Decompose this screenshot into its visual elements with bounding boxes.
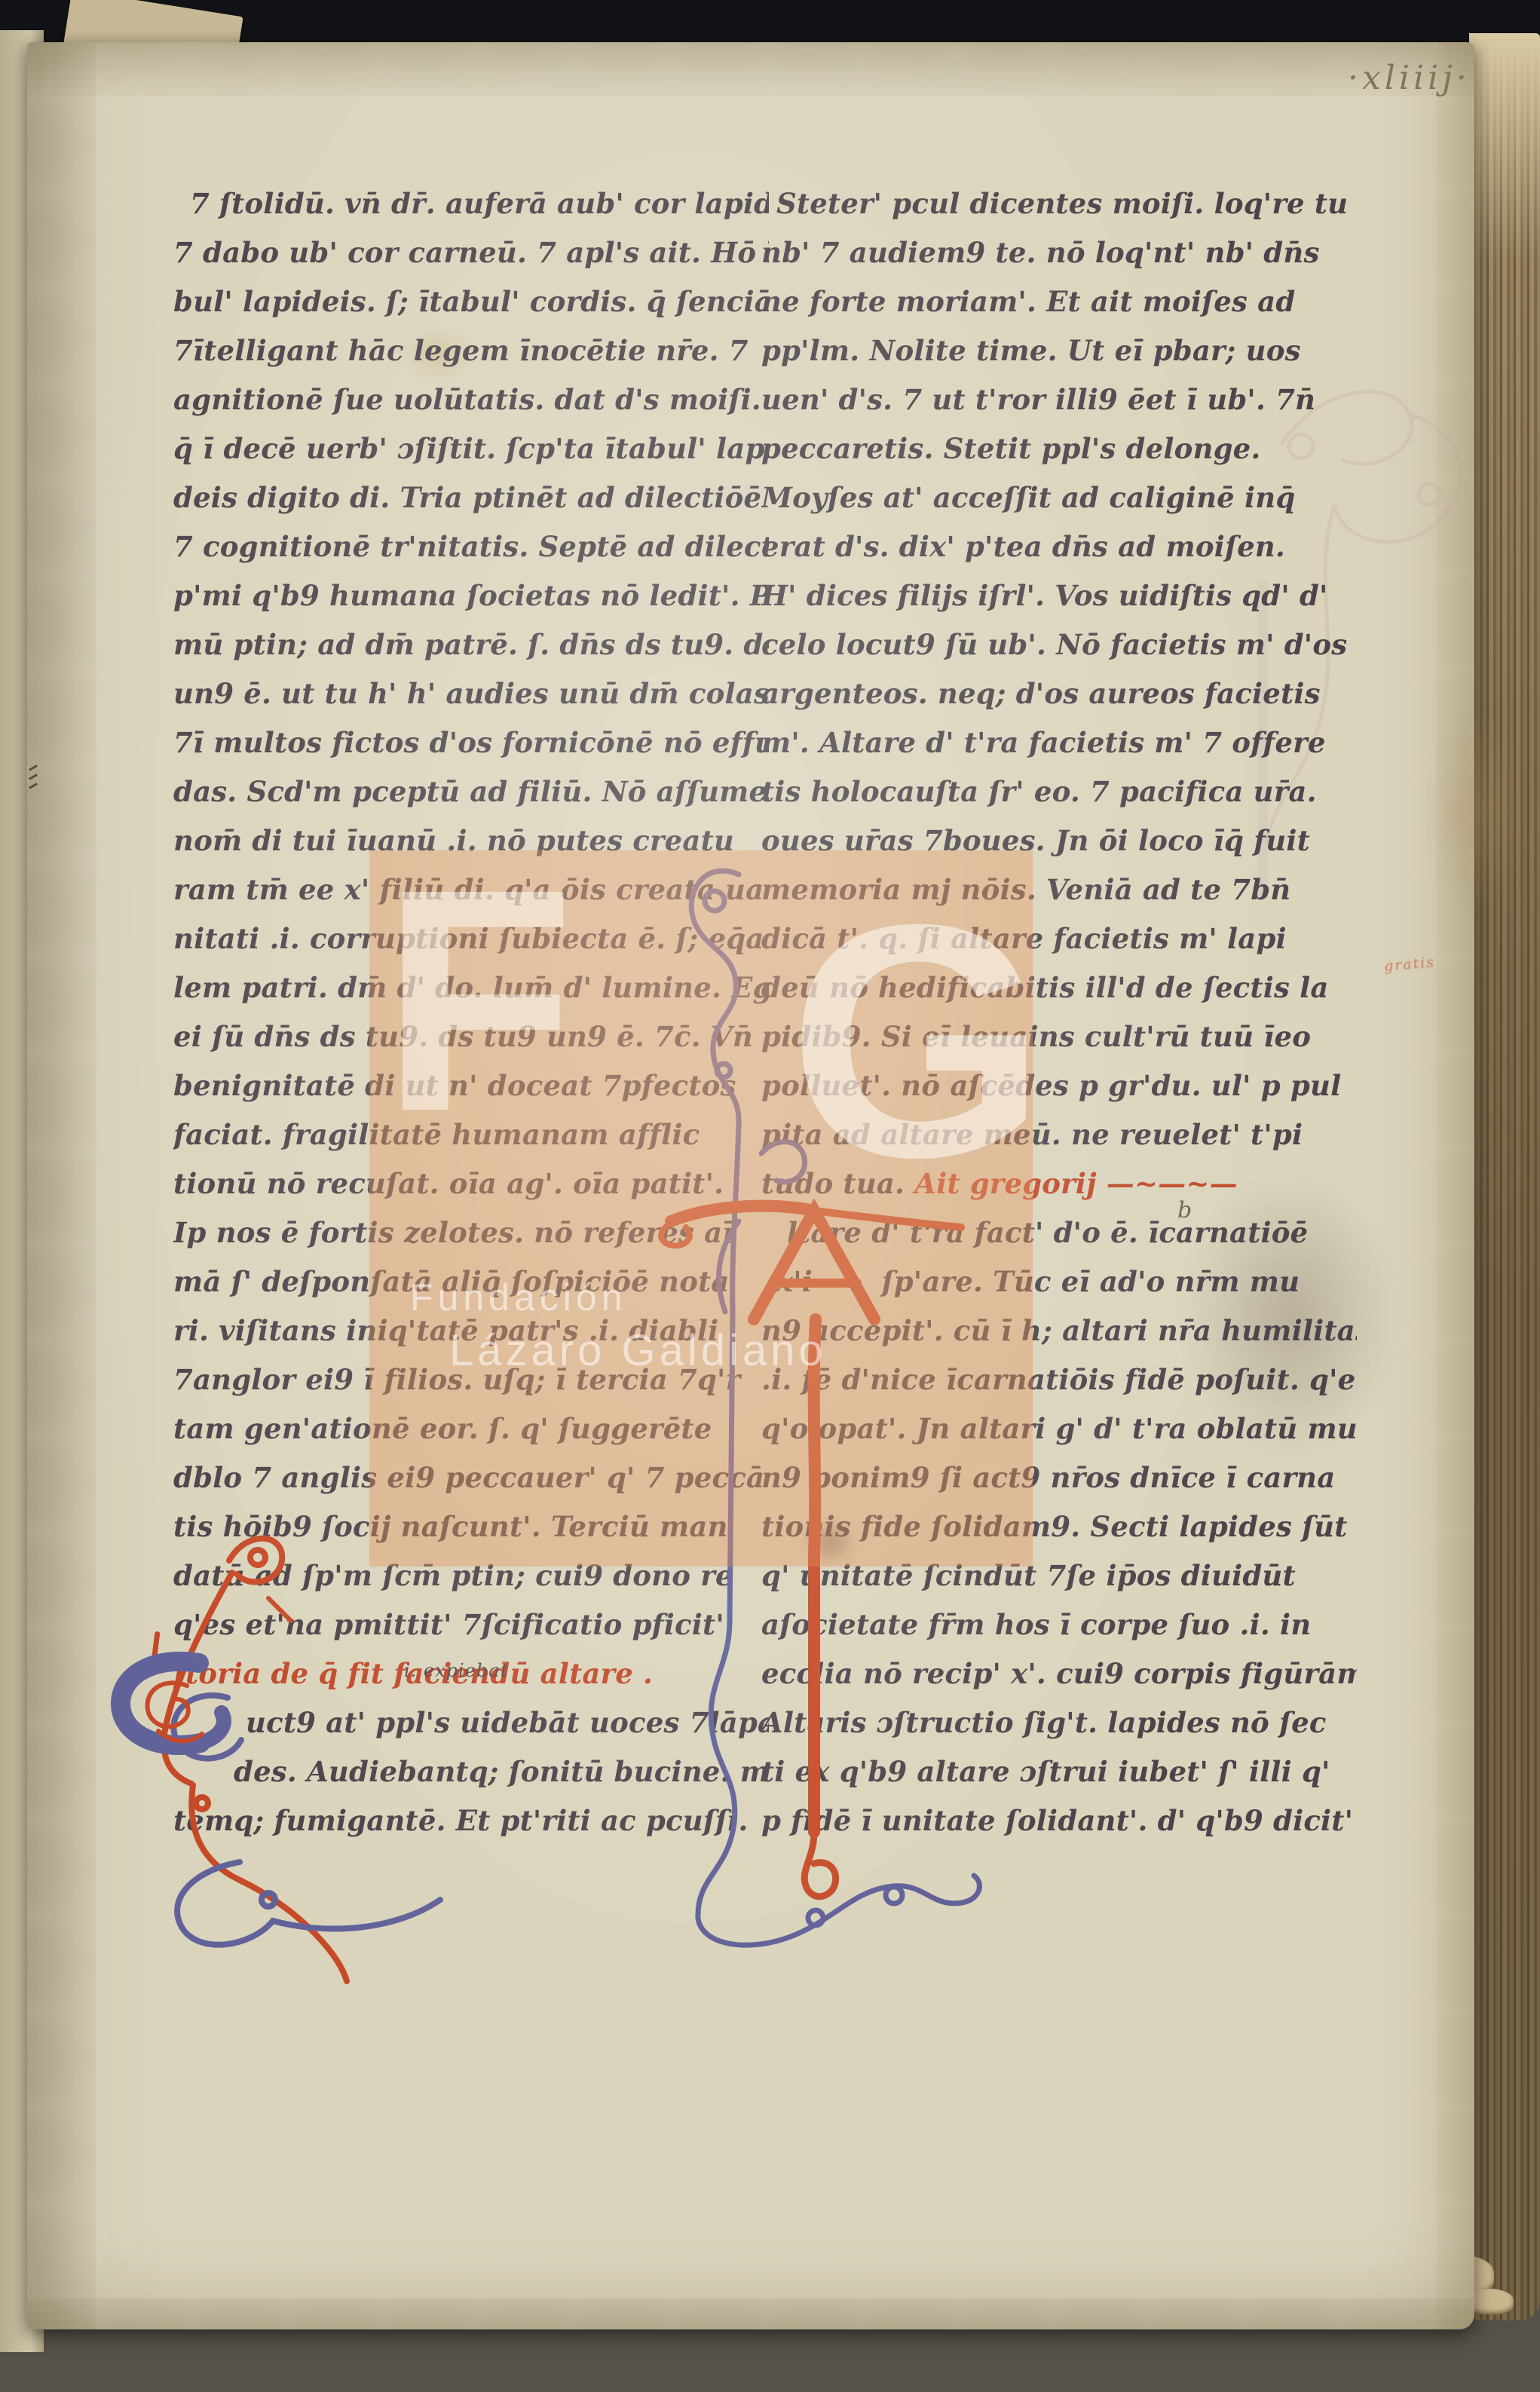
text-line: n9 accepit'. cū ī h; altari nr̄a humilit… [761, 1306, 1357, 1355]
line-text: p fidē ī unitate ſolidant'. d' q'b9 dici… [761, 1804, 1353, 1837]
text-line: 7ī multos fictos d'os fornicōnē nō effun [173, 718, 769, 767]
text-line: polluet'. nō aſcēdes p gr'du. ul' p pul [761, 1061, 1357, 1110]
line-text: pita ad altare meū. ne reuelet' t'pi [761, 1118, 1303, 1151]
folio-number: ·xliiij· [1348, 59, 1471, 97]
line-text: polluet'. nō aſcēdes p gr'du. ul' p pul [761, 1069, 1341, 1102]
line-text: peccaretis. Stetit ppl's delonge. [761, 432, 1260, 465]
red-margin-jotting: gratis [1383, 954, 1436, 975]
text-line: uen' d's. 7 ut t'ror illi9 ēet ī ub'. 7n… [761, 375, 1357, 424]
text-line: aſocietate fr̄m hos ī corpe ſuo .i. in [761, 1600, 1357, 1649]
text-line: deū nō hedificabitis ill'd de ſectis la [761, 963, 1357, 1012]
rubric-text: Ait gregorij —~—~— [914, 1167, 1238, 1200]
line-text: un9 ē. ut tu h' h' audies unū dm̄ colas [173, 677, 769, 710]
line-text: temq; fumigantē. Et pt'riti ac pcuſſi. [173, 1804, 748, 1837]
line-text: tam gen'ationē eor. ſ. q' ſuggerēte [173, 1412, 712, 1445]
text-line: ti ex q'b9 altare ɔſtrui iubet' ſ' illi … [761, 1747, 1357, 1796]
line-text: mā ſ' deſponſatā aliq̄ ſoſpiciōē nota [173, 1265, 730, 1298]
text-line: temq; fumigantē. Et pt'riti ac pcuſſi. [173, 1796, 769, 1845]
margin-flourish [42, 1508, 479, 1990]
line-text: H' dices filijs iſrl'. Vos uidiſtis qd' … [761, 579, 1328, 612]
text-line: ri. viſitans iniq'tatē patr's .i. diabli [173, 1306, 769, 1355]
stain [1180, 1173, 1399, 1459]
text-line: x'i ſp'are. Tūc eī ad'o nr̄m mu [761, 1257, 1357, 1306]
line-text: dblo 7 anglis ei9 peccauer' q' 7 peccā [173, 1461, 764, 1494]
line-text: nitati .i. corruptioni ſubiecta ē. ſ; eq… [173, 922, 764, 955]
decorated-initial-A [626, 829, 987, 1960]
line-text: n9 ponim9 ſi act9 nr̄os dnīce ī carna [761, 1461, 1335, 1494]
text-line: mā ſ' deſponſatā aliq̄ ſoſpiciōē nota [173, 1257, 769, 1306]
text-line: nitati .i. corruptioni ſubiecta ē. ſ; eq… [173, 914, 769, 963]
text-line: Ip nos ē fortis zelotes. nō referēs aī [173, 1208, 769, 1257]
ink-blot [804, 1520, 856, 1565]
line-text: celo locut9 ſū ub'. Nō facietis m' d'os [761, 628, 1347, 661]
line-text: aſocietate fr̄m hos ī corpe ſuo .i. in [761, 1608, 1311, 1641]
line-text: tionū nō recuſat. oīa ag'. oīa patit'. [173, 1167, 724, 1200]
line-text: ltare d' t'ra fact' d'o ē. īcarnatiōē [787, 1216, 1308, 1249]
line-text: p'mi q'b9 humana ſocietas nō ledit'. Pri [173, 579, 769, 612]
stain [404, 329, 472, 381]
line-text: tis holocauſta ſr' eo. 7 pacifica ur̄a. [761, 775, 1317, 808]
text-line: datū ad ſp'm ſcm̄ ptin; cui9 dono re [173, 1551, 769, 1600]
decorated-initial-C [109, 1652, 244, 1758]
line-text: 7 dabo ub' cor carneū. 7 apl's ait. Hō ī… [173, 236, 769, 269]
text-line: erat d's. dix' p'tea dn̄s ad moiſen. [761, 522, 1357, 571]
line-text: memoria mj nōis. Veniā ad te 7bn̄ [761, 873, 1290, 906]
interlinear-gloss: i. expiebat [404, 1660, 508, 1681]
line-text: bul' lapideis. ſ; ītabul' cordis. q̄ ſen… [173, 285, 769, 318]
text-line: mū ptin; ad dm̄ patrē. ſ. dn̄s ds tu9. d… [173, 620, 769, 669]
watermark-text-line2: Lázaro Galdiano [449, 1325, 827, 1376]
left-text-column: 7 ſtolidū. vn̄ dr̄. auferā aub' cor lapi… [173, 179, 769, 1845]
text-line: p fidē ī unitate ſolidant'. d' q'b9 dici… [761, 1796, 1357, 1845]
manuscript-page: ·xliiij· 7 ſtolidū. vn̄ dr̄. auferā aub'… [27, 42, 1474, 2329]
line-text: .i. ſē d'nice īcarnatiōis fidē poſuit. q… [761, 1363, 1355, 1396]
showthrough-flourish [1251, 332, 1500, 935]
text-line: q'es et'na pmittit' 7ſcificatio pficit'. [173, 1600, 769, 1649]
line-text: das. Scd'm pceptū ad filiū. Nō aſſumes [173, 775, 769, 808]
text-line: ecclia nō recip' x'. cui9 corpis figūrām… [761, 1649, 1357, 1698]
line-text: ti ex q'b9 altare ɔſtrui iubet' ſ' illi … [761, 1755, 1330, 1788]
line-text: q' unitatē ſcindūt 7ſe ip̄os diuidūt [761, 1559, 1296, 1592]
line-text: ecclia nō recip' x'. cui9 corpis figūrām… [761, 1657, 1357, 1690]
line-text: agnitionē ſue uolūtatis. dat d's moiſi. [173, 383, 761, 416]
line-text: ei ſū dn̄s ds tu9. ds tu9 un9 ē. 7c̄. Vn… [173, 1020, 753, 1053]
text-line: 7anglor ei9 ī filios. uſq; ī tercia 7q'r [173, 1355, 769, 1404]
text-line: faciat. fragilitatē humanam afflic [173, 1110, 769, 1159]
text-line: nb' 7 audiem9 te. nō loq'nt' nb' dn̄s [761, 228, 1357, 277]
text-line: ſtoria de q̄ fit faciendū altare . [173, 1649, 769, 1698]
text-line: ltare d' t'ra fact' d'o ē. īcarnatiōē [761, 1208, 1357, 1257]
text-line: bul' lapideis. ſ; ītabul' cordis. q̄ ſen… [173, 277, 769, 326]
line-text: q̄ ī decē uerb' ɔſiſtit. ſcp'ta ītabul' … [173, 432, 769, 465]
line-text: uct9 at' ppl's uidebāt uoces 7lāpa [246, 1706, 769, 1739]
text-line: agnitionē ſue uolūtatis. dat d's moiſi. [173, 375, 769, 424]
text-line: deis digito di. Tria ptinēt ad dilectiōē [173, 473, 769, 522]
line-text: des. Audiebantq; ſonitū bucine. mō [234, 1755, 769, 1788]
line-text: tudo tua. [761, 1167, 914, 1200]
purple-filigree [691, 871, 979, 1945]
line-text: Altaris ɔſtructio ſig't. lapides nō ſec [761, 1706, 1327, 1739]
line-text: nom̄ di tui īuanū .i. nō putes creatu [173, 824, 734, 857]
text-line: celo locut9 ſū ub'. Nō facietis m' d'os [761, 620, 1357, 669]
line-text: q'o opat'. Jn altari g' d' t'ra oblatū m… [761, 1412, 1357, 1445]
gutter-ink-marks [29, 760, 42, 843]
line-text: tionis fide ſolidam9. Secti lapides ſūt [761, 1510, 1348, 1543]
line-text: pp'lm. Nolite time. Ut eī pbar; uos [761, 334, 1301, 367]
line-text: mū ptin; ad dm̄ patrē. ſ. dn̄s ds tu9. d… [173, 628, 769, 661]
text-line: ne forte moriam'. Et ait moiſes ad [761, 277, 1357, 326]
manuscript-photo: { "colors": { "rubric_red": "#c0492a", "… [0, 0, 1540, 2392]
text-line: argenteos. neq; d'os aureos facietis [761, 669, 1357, 718]
line-text: argenteos. neq; d'os aureos facietis [761, 677, 1321, 710]
watermark-text-line1: Fundación [410, 1276, 627, 1319]
text-line: Moyſes at' acceſſit ad caliginē inq̄ [761, 473, 1357, 522]
text-line: lem patri. dm̄ d' do. lum̄ d' lumine. Eg… [173, 963, 769, 1012]
line-text: datū ad ſp'm ſcm̄ ptin; cui9 dono re [173, 1559, 733, 1592]
text-line: H' dices filijs iſrl'. Vos uidiſtis qd' … [761, 571, 1357, 620]
line-text: Ip nos ē fortis zelotes. nō referēs aī [173, 1216, 733, 1249]
text-line: oues ur̄as 7boues. Jn ōi loco īq̄ fuit [761, 816, 1357, 865]
line-text: benignitatē di ut n' doceat 7pfectos [173, 1069, 736, 1102]
text-line: benignitatē di ut n' doceat 7pfectos [173, 1061, 769, 1110]
line-text: q'es et'na pmittit' 7ſcificatio pficit'. [173, 1608, 734, 1641]
line-text: deū nō hedificabitis ill'd de ſectis la [761, 971, 1329, 1004]
text-line: 7 ſtolidū. vn̄ dr̄. auferā aub' cor lapi… [173, 179, 769, 228]
text-line: pp'lm. Nolite time. Ut eī pbar; uos [761, 326, 1357, 375]
text-line: tis hōib9 ſocij naſcunt'. Terciū man [173, 1502, 769, 1551]
line-text: deis digito di. Tria ptinēt ad dilectiōē [173, 481, 761, 514]
text-line: tam gen'ationē eor. ſ. q' ſuggerēte [173, 1404, 769, 1453]
line-text: uen' d's. 7 ut t'ror illi9 ēet ī ub'. 7n… [761, 383, 1315, 416]
text-line: tionis fide ſolidam9. Secti lapides ſūt [761, 1502, 1357, 1551]
line-text: pidib9. Si eī leuains cult'rū tuū īeo [761, 1020, 1311, 1053]
line-text: dicā t'. q. ſi altare facietis m' lapi [761, 922, 1287, 955]
watermark-letter-G: G [788, 876, 1046, 1208]
line-text: faciat. fragilitatē humanam afflic [173, 1118, 700, 1151]
text-line: q̄ ī decē uerb' ɔſiſtit. ſcp'ta ītabul' … [173, 424, 769, 473]
line-text: nb' 7 audiem9 te. nō loq'nt' nb' dn̄s [761, 236, 1320, 269]
text-line: q'o opat'. Jn altari g' d' t'ra oblatū m… [761, 1404, 1357, 1453]
red-initial-strokes [661, 1206, 961, 1897]
blue-margin-flourish [173, 1695, 440, 1945]
right-text-column: Steter' pcul dicentes moiſi. loq're tunb… [761, 179, 1357, 1845]
text-line: n9 ponim9 ſi act9 nr̄os dnīce ī carna [761, 1453, 1357, 1502]
text-line: tionū nō recuſat. oīa ag'. oīa patit'. [173, 1159, 769, 1208]
line-text: 7 ſtolidū. vn̄ dr̄. auferā aub' cor lapi… [190, 187, 769, 220]
line-text: ram tm̄ ee x' filiū di. q'a ōis creata u… [173, 873, 764, 906]
line-text: m'. Altare d' t'ra facietis m' 7 offere [761, 726, 1326, 759]
text-line: dicā t'. q. ſi altare facietis m' lapi [761, 914, 1357, 963]
line-text: 7ī multos fictos d'os fornicōnē nō effun [173, 726, 769, 759]
red-margin-flourish [164, 1539, 347, 1981]
initial-filigree [148, 1683, 202, 1741]
text-line: p'mi q'b9 humana ſocietas nō ledit'. Pri [173, 571, 769, 620]
text-line: dblo 7 anglis ei9 peccauer' q' 7 peccā [173, 1453, 769, 1502]
text-line: 7 dabo ub' cor carneū. 7 apl's ait. Hō ī… [173, 228, 769, 277]
line-text: 7 cognitionē tr'nitatis. Septē ad dilect… [173, 530, 769, 563]
text-line: peccaretis. Stetit ppl's delonge. [761, 424, 1357, 473]
line-text: Steter' pcul dicentes moiſi. loq're tu [776, 187, 1348, 220]
line-text: oues ur̄as 7boues. Jn ōi loco īq̄ fuit [761, 824, 1310, 857]
text-line: tis holocauſta ſr' eo. 7 pacifica ur̄a. [761, 767, 1357, 816]
text-line: tudo tua. Ait gregorij —~—~— [761, 1159, 1357, 1208]
text-line: .i. ſē d'nice īcarnatiōis fidē poſuit. q… [761, 1355, 1357, 1404]
text-line: pita ad altare meū. ne reuelet' t'pi [761, 1110, 1357, 1159]
line-text: lem patri. dm̄ d' do. lum̄ d' lumine. Eg… [173, 971, 769, 1004]
text-line: Altaris ɔſtructio ſig't. lapides nō ſec [761, 1698, 1357, 1747]
line-text: 7ītelligant hāc legem īnocētie nr̄e. 7 [173, 334, 749, 367]
quire-mark: b [1177, 1197, 1192, 1224]
line-text: ri. viſitans iniq'tatē patr's .i. diabli [173, 1314, 718, 1347]
text-line: ei ſū dn̄s ds tu9. ds tu9 un9 ē. 7c̄. Vn… [173, 1012, 769, 1061]
line-text: tis hōib9 ſocij naſcunt'. Terciū man [173, 1510, 728, 1543]
text-line: Steter' pcul dicentes moiſi. loq're tu [761, 179, 1357, 228]
rubric-lead-stroke [149, 1631, 160, 1675]
line-text: erat d's. dix' p'tea dn̄s ad moiſen. [761, 530, 1285, 563]
line-text: 7anglor ei9 ī filios. uſq; ī tercia 7q'r [173, 1363, 740, 1396]
rubric-text: ſtoria de q̄ fit faciendū altare . [173, 1657, 653, 1690]
text-line: des. Audiebantq; ſonitū bucine. mō [173, 1747, 769, 1796]
text-line: q' unitatē ſcindūt 7ſe ip̄os diuidūt [761, 1551, 1357, 1600]
watermark-square [369, 850, 1033, 1567]
text-line: memoria mj nōis. Veniā ad te 7bn̄ [761, 865, 1357, 914]
line-text: ne forte moriam'. Et ait moiſes ad [761, 285, 1295, 318]
line-text: Moyſes at' acceſſit ad caliginē inq̄ [761, 481, 1295, 514]
text-line: un9 ē. ut tu h' h' audies unū dm̄ colas [173, 669, 769, 718]
line-text: n9 accepit'. cū ī h; altari nr̄a humilit… [761, 1314, 1357, 1347]
text-line: pidib9. Si eī leuains cult'rū tuū īeo [761, 1012, 1357, 1061]
text-line: das. Scd'm pceptū ad filiū. Nō aſſumes [173, 767, 769, 816]
text-line: uct9 at' ppl's uidebāt uoces 7lāpa [173, 1698, 769, 1747]
text-line: 7ītelligant hāc legem īnocētie nr̄e. 7 [173, 326, 769, 375]
text-line: nom̄ di tui īuanū .i. nō putes creatu [173, 816, 769, 865]
text-line: 7 cognitionē tr'nitatis. Septē ad dilect… [173, 522, 769, 571]
text-line: m'. Altare d' t'ra facietis m' 7 offere [761, 718, 1357, 767]
text-line: ram tm̄ ee x' filiū di. q'a ōis creata u… [173, 865, 769, 914]
watermark-letter-F: F [381, 843, 575, 1159]
line-text: x'i ſp'are. Tūc eī ad'o nr̄m mu [776, 1265, 1300, 1298]
